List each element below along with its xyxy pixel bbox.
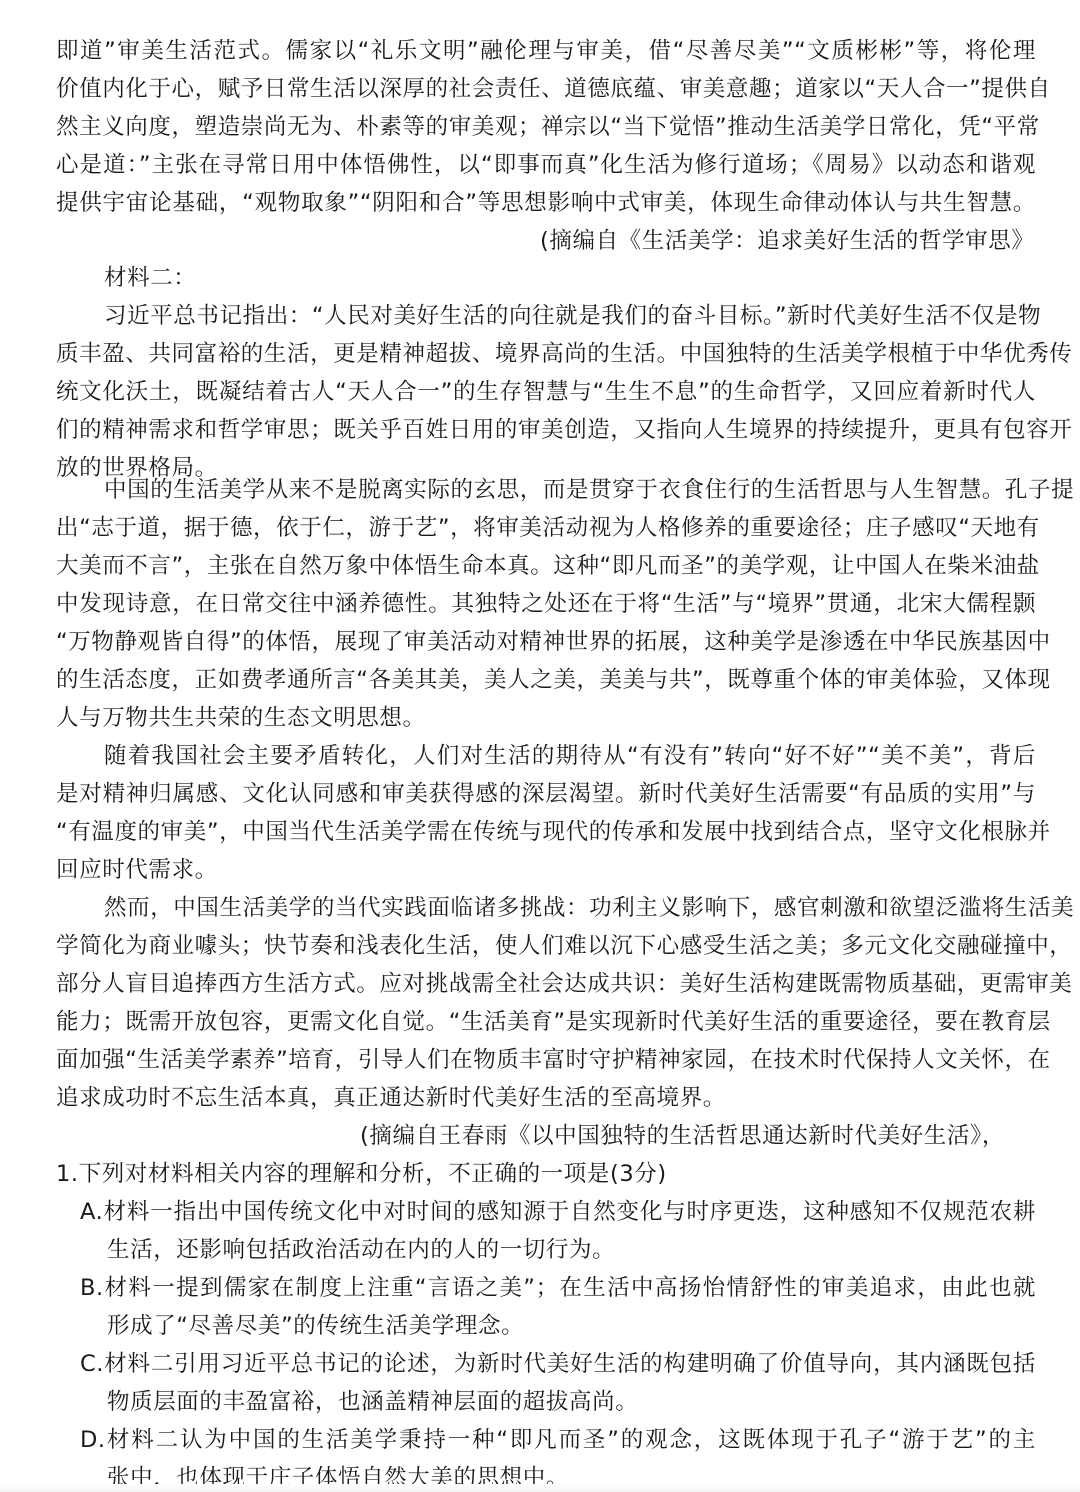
text-line: 学简化为商业噱头；快节奏和浅表化生活，使人们难以沉下心感受生活之美；多元文化交融…	[56, 927, 1036, 965]
text-line: 统文化沃土，既凝结着古人“天人合一”的生存智慧与“生生不息”的生命哲学，又回应着…	[56, 373, 1036, 411]
exam-page: 即道”审美生活范式。儒家以“礼乐文明”融伦理与审美，借“尽善尽美”“文质彬彬”等…	[0, 0, 1080, 1492]
question-stem: 1.下列对材料相关内容的理解和分析，不正确的一项是(3分)	[56, 1155, 1036, 1193]
text-line: 能力；既需开放包容，更需文化自觉。“生活美育”是实现新时代美好生活的重要途径，要…	[56, 1003, 1036, 1041]
option-line: 形成了“尽善尽美”的传统生活美学理念。	[107, 1307, 1036, 1345]
text-line: 提供宇宙论基础，“观物取象”“阴阳和合”等思想影响中式审美，体现生命律动体认与共…	[56, 184, 1036, 222]
text-line: 是对精神归属感、文化认同感和审美获得感的深层渴望。新时代美好生活需要“有品质的实…	[56, 775, 1036, 813]
section-heading: 材料二：	[104, 259, 196, 297]
text-line: 的生活态度，正如费孝通所言“各美其美，美人之美，美美与共”，既尊重个体的审美体验…	[56, 661, 1036, 699]
text-line: 们的精神需求和哲学审思；既关乎百姓日用的审美创造，又指向人生境界的持续提升，更具…	[56, 411, 1036, 449]
text-line: 随着我国社会主要矛盾转化，人们对生活的期待从“有没有”转向“好不好”“美不美”，…	[104, 737, 1036, 775]
text-line: 即道”审美生活范式。儒家以“礼乐文明”融伦理与审美，借“尽善尽美”“文质彬彬”等…	[56, 32, 1036, 70]
scan-edge-shadow	[0, 1484, 1080, 1492]
text-line: 面加强“生活美学素养”培育，引导人们在物质丰富时守护精神家园，在技术时代保持人文…	[56, 1041, 1036, 1079]
text-line: 中发现诗意，在日常交往中涵养德性。其独特之处还在于将“生活”与“境界”贯通，北宋…	[56, 585, 1036, 623]
text-line: 心是道：”主张在寻常日用中体悟佛性，以“即事而真”化生活为修行道场；《周易》以动…	[56, 146, 1036, 184]
text-line: 出“志于道，据于德，依于仁，游于艺”，将审美活动视为人格修养的重要途径；庄子感叹…	[56, 509, 1036, 547]
text-line: “万物静观皆自得”的体悟，展现了审美活动对精神世界的拓展，这种美学是渗透在中华民…	[56, 623, 1036, 661]
text-line: 追求成功时不忘生活本真，真正通达新时代美好生活的至高境界。	[56, 1079, 1036, 1117]
text-line: 部分人盲目追捧西方生活方式。应对挑战需全社会达成共识：美好生活构建既需物质基础，…	[56, 965, 1036, 1003]
option-line: C.材料二引用习近平总书记的论述，为新时代美好生活的构建明确了价值导向，其内涵既…	[80, 1345, 1036, 1383]
text-line: 然而，中国生活美学的当代实践面临诸多挑战：功利主义影响下，感官刺激和欲望泛滥将生…	[104, 889, 1036, 927]
option-line: B.材料一提到儒家在制度上注重“言语之美”；在生活中高扬怡情舒性的审美追求，由此…	[80, 1269, 1036, 1307]
text-line: 价值内化于心，赋予日常生活以深厚的社会责任、道德底蕴、审美意趣；道家以“天人合一…	[56, 70, 1036, 108]
option-line: D.材料二认为中国的生活美学秉持一种“即凡而圣”的观念，这既体现于孔子“游于艺”…	[80, 1421, 1036, 1459]
text-line: 习近平总书记指出：“人民对美好生活的向往就是我们的奋斗目标。”新时代美好生活不仅…	[104, 297, 1036, 335]
text-line: 然主义向度，塑造崇尚无为、朴素等的审美观；禅宗以“当下觉悟”推动生活美学日常化，…	[56, 108, 1036, 146]
text-line: 大美而不言”，主张在自然万象中体悟生命本真。这种“即凡而圣”的美学观，让中国人在…	[56, 547, 1036, 585]
text-line: 人与万物共生共荣的生态文明思想。	[56, 699, 1036, 737]
source-citation: (摘编自《生活美学：追求美好生活的哲学审思》	[540, 222, 1026, 260]
source-citation: (摘编自王春雨《以中国独特的生活哲思通达新时代美好生活》，	[360, 1117, 990, 1155]
text-line: 质丰盈、共同富裕的生活，更是精神超拔、境界高尚的生活。中国独特的生活美学根植于中…	[56, 335, 1036, 373]
option-line: A.材料一指出中国传统文化中对时间的感知源于自然变化与时序更迭，这种感知不仅规范…	[80, 1193, 1036, 1231]
text-line: “有温度的审美”，中国当代生活美学需在传统与现代的传承和发展中找到结合点，坚守文…	[56, 813, 1036, 851]
text-line: 中国的生活美学从来不是脱离实际的玄思，而是贯穿于衣食住行的生活哲思与人生智慧。孔…	[104, 471, 1036, 509]
option-line: 生活，还影响包括政治活动在内的人的一切行为。	[107, 1231, 1036, 1269]
option-line: 物质层面的丰盈富裕，也涵盖精神层面的超拔高尚。	[107, 1383, 1036, 1421]
text-line: 回应时代需求。	[56, 851, 1036, 889]
